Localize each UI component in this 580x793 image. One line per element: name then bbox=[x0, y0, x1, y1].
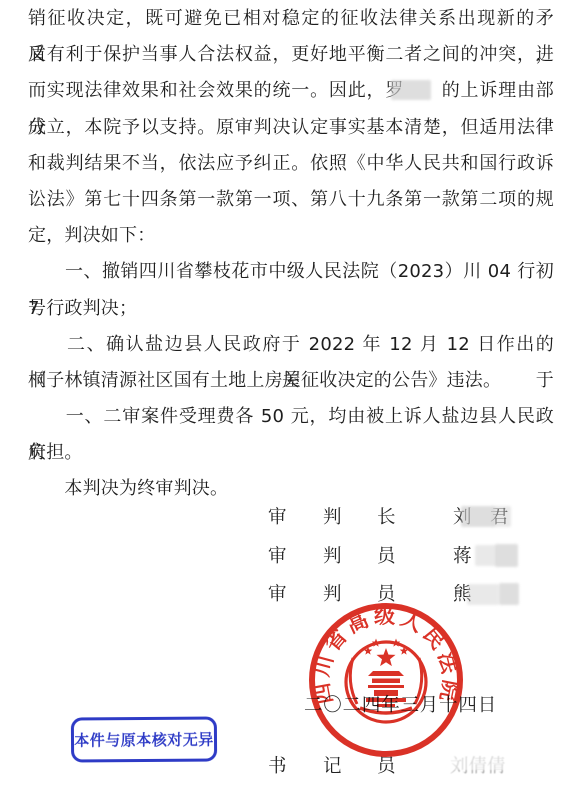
body-line: 二、确认盐边县人民政府于 2022 年 12 月 12 日作出的《关于 bbox=[28, 327, 554, 363]
redaction-blur-judge2 bbox=[495, 544, 518, 567]
body-line: 成立，本院予以支持。原审判决认定事实基本清楚，但适用法律 bbox=[28, 110, 554, 146]
court-seal: 四川省高级人民法院 bbox=[306, 600, 466, 760]
body-line: 和裁判结果不当，依法应予纠正。依照《中华人民共和国行政诉 bbox=[28, 146, 554, 182]
redaction-blur-judge1 bbox=[461, 506, 495, 527]
role-char: 书 bbox=[268, 755, 287, 779]
redaction-blur-judge3 bbox=[467, 584, 499, 605]
verification-stamp: 本件与原本核对无异 bbox=[71, 716, 217, 762]
role-char: 审 bbox=[268, 583, 287, 607]
redaction-blur-judge1 bbox=[493, 506, 511, 527]
body-line: 而实现法律效果和社会效果的统一。因此，罗 的上诉理由部分 bbox=[28, 73, 554, 109]
body-line: 负担。 bbox=[28, 435, 554, 471]
body-line: 号行政判决； bbox=[28, 291, 554, 327]
redaction-blur-appellant bbox=[391, 80, 431, 100]
national-emblem-icon bbox=[346, 639, 426, 723]
body-line: 讼法》第七十四条第一款第一项、第八十九条第一款第二项的规 bbox=[28, 182, 554, 218]
body-line: 本判决为终审判决。 bbox=[28, 471, 554, 507]
role-char: 判 bbox=[323, 506, 342, 530]
role-char: 审 bbox=[268, 545, 287, 569]
body-line: 桐子林镇清源社区国有土地上房屋征收决定的公告》违法。 bbox=[28, 363, 554, 399]
judge-name: 蒋 bbox=[453, 545, 472, 569]
redaction-blur-judge3 bbox=[499, 583, 519, 605]
role-char: 员 bbox=[377, 545, 396, 569]
role-char: 判 bbox=[323, 545, 342, 569]
body-line: 又有利于保护当事人合法权益，更好地平衡二者之间的冲突，进 bbox=[28, 37, 554, 73]
body-line: 定，判决如下： bbox=[28, 218, 554, 254]
judgment-page: 销征收决定，既可避免已相对稳定的征收法律关系出现新的矛盾， 又有利于保护当事人合… bbox=[0, 0, 580, 793]
redaction-blur-judge2 bbox=[475, 545, 496, 566]
judgment-body: 销征收决定，既可避免已相对稳定的征收法律关系出现新的矛盾， 又有利于保护当事人合… bbox=[28, 1, 554, 508]
body-line: 一、撤销四川省攀枝花市中级人民法院（2023）川 04 行初 7 bbox=[28, 254, 554, 290]
role-char: 长 bbox=[377, 506, 396, 530]
redaction-blur-clerk bbox=[444, 748, 534, 770]
body-line: 销征收决定，既可避免已相对稳定的征收法律关系出现新的矛盾， bbox=[28, 1, 554, 37]
body-line: 一、二审案件受理费各 50 元，均由被上诉人盐边县人民政府 bbox=[28, 399, 554, 435]
role-char: 审 bbox=[268, 506, 287, 530]
